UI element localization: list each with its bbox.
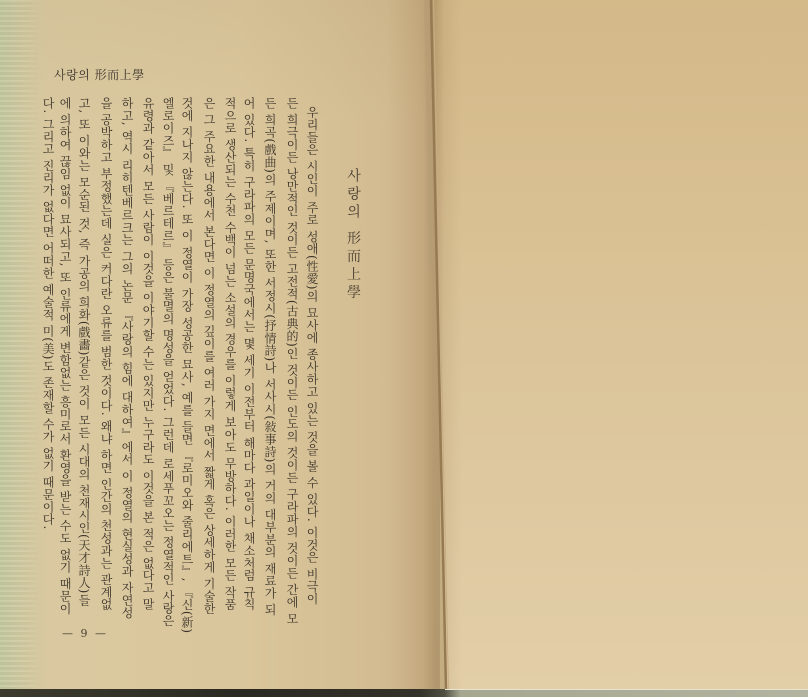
text-column: 유령과 같아서 모든 사람이 이것을 이야기할 수는 있지만 누구라도 이것을 … bbox=[140, 97, 156, 612]
left-page: 사랑의 形而上學 사랑의 形而上學 우리들은 시인이 주로 성애(性愛)의 묘사… bbox=[0, 0, 440, 689]
text-column: 하고, 역시 리히텐베르크는 그의 논문 『사랑의 힘에 대하여』에서 이 정열… bbox=[119, 97, 135, 612]
scan-edge-artifact bbox=[0, 0, 42, 689]
text-column: 을 공박하고 부정했는데 실은 커다란 오류를 범한 것이다. 왜냐 하면 인간… bbox=[98, 97, 114, 612]
text-column: 어 있다. 특히 구라파의 모든 문명국에서는 몇 세기 이전부터 해마다 과일… bbox=[241, 97, 257, 612]
chapter-title: 사랑의 形而上學 bbox=[344, 168, 362, 298]
text-column: 은 그 주요한 내용에서 본다면 이 정열의 깊이를 여러 가지 면에서 짧게 … bbox=[201, 97, 217, 612]
text-column: 다. 그리고 진리가 없다면 어떠한 예술적 미(美)도 존재할 수가 없기 때… bbox=[40, 97, 56, 612]
right-page-blank bbox=[432, 0, 808, 689]
text-column: 적으로 생산되는 수천 수백이 넘는 소설의 경우를 이렇게 보아도 무방하다.… bbox=[222, 97, 238, 612]
page-number: — 9 — bbox=[62, 627, 108, 640]
text-column: 우리들은 시인이 주로 성애(性愛)의 묘사에 종사하고 있는 것을 볼 수 있… bbox=[304, 106, 320, 621]
text-column: 것에 지나지 않는다. 또 이 정열이 가장 성공한 묘사, 예를 들면 『로미… bbox=[179, 97, 195, 612]
scanner-bottom-edge bbox=[0, 689, 808, 697]
text-column: 고, 또 이와는 모순된 것, 즉 가공의 희화(戲畵)같은 것이 모든 시대의… bbox=[76, 97, 92, 612]
text-column: 엘로이즈』 및 『베르테르』 등은 불멸의 명성을 얻었다. 그런데 로세푸꼬오… bbox=[160, 97, 176, 612]
text-column: 에 의하여 끊임 없이 묘사되고, 또 인류에게 변함없는 흥미로서 환영을 받… bbox=[57, 97, 73, 612]
text-column: 든 희극이든 낭만적인 것이든 고전적(古典的)인 것이든 인도의 것이든 구라… bbox=[284, 97, 300, 612]
text-column: 든 희곡(戲曲)의 주제이며, 또한 서정시(抒情詩)나 서사시(敍事詩)의 거… bbox=[262, 97, 278, 612]
running-head: 사랑의 形而上學 bbox=[54, 66, 145, 83]
